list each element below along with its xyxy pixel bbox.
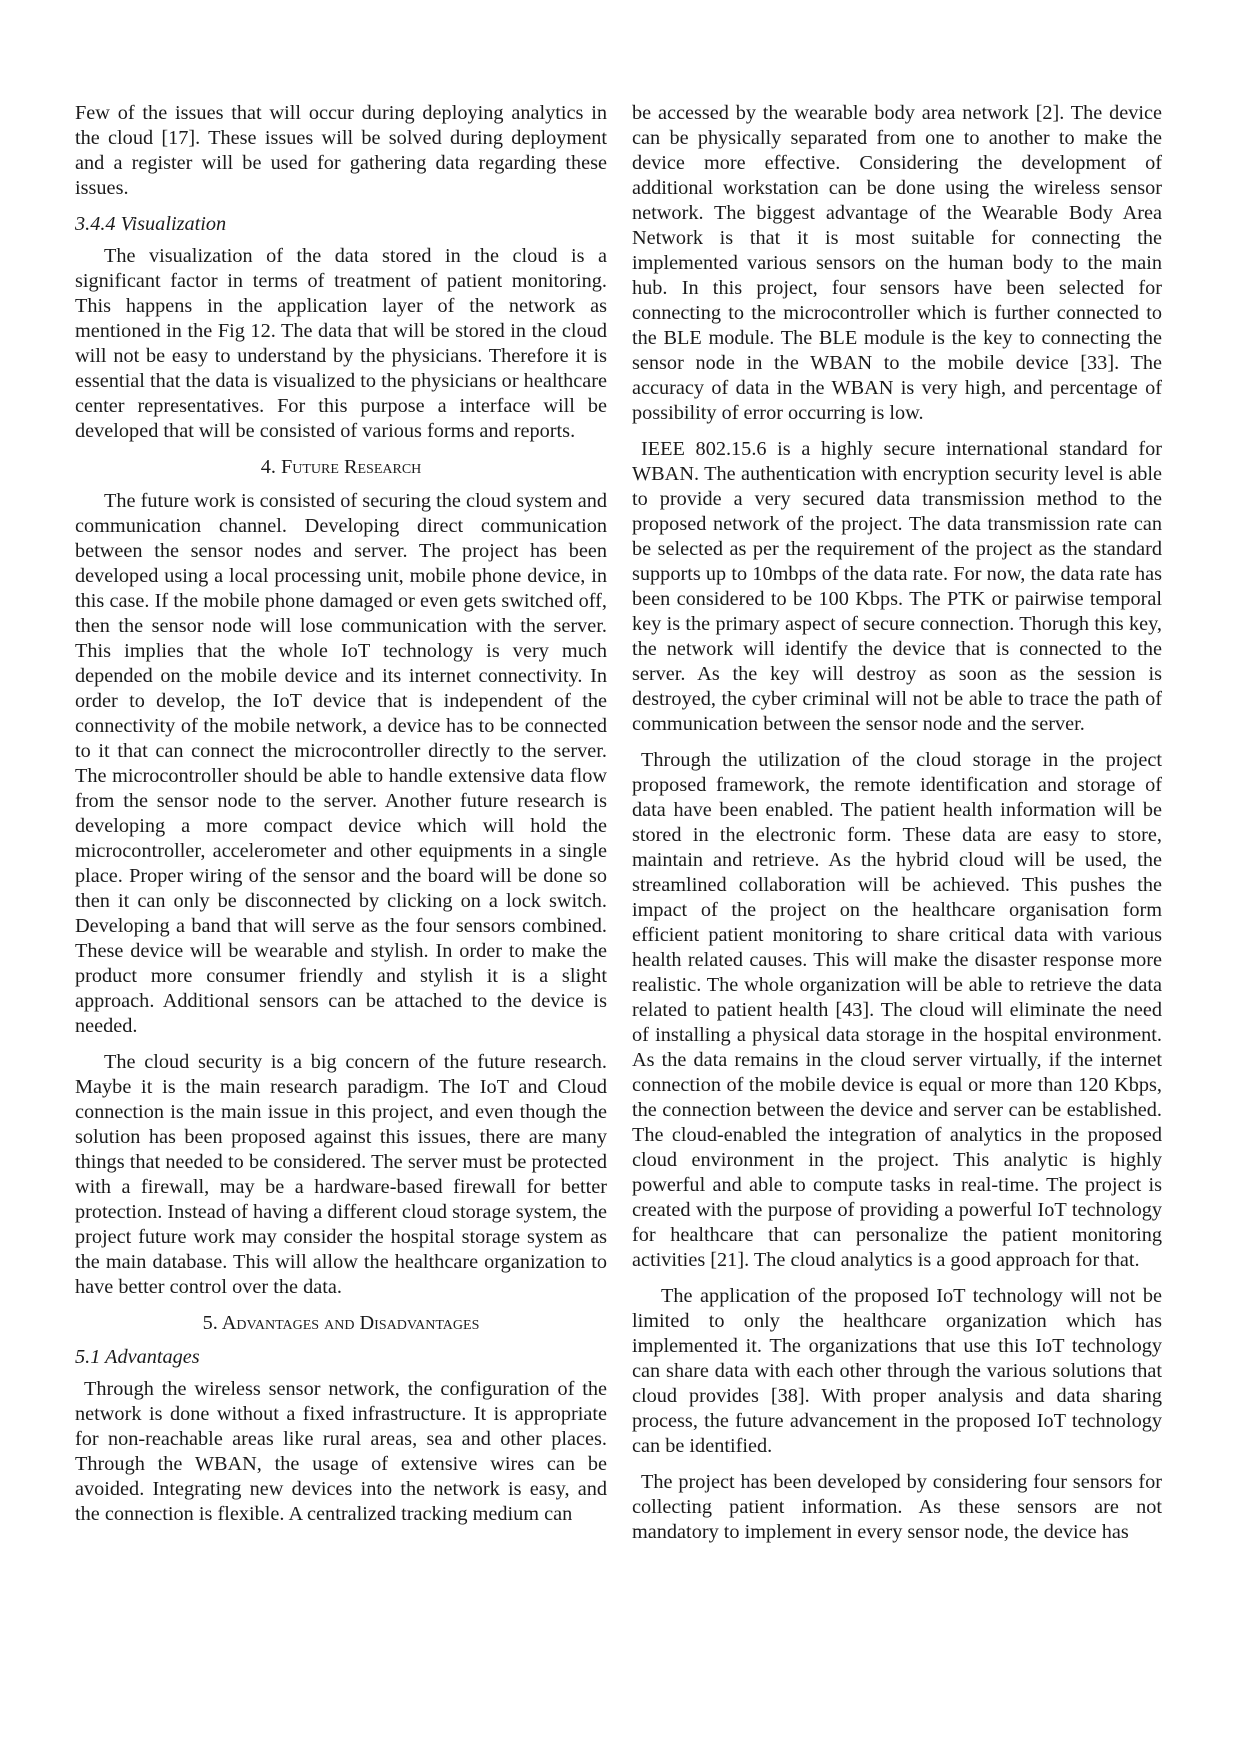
paragraph: Through the wireless sensor network, the… bbox=[75, 1377, 607, 1527]
paragraph: IEEE 802.15.6 is a highly secure interna… bbox=[632, 437, 1162, 737]
paper-page: Few of the issues that will occur during… bbox=[0, 0, 1241, 1754]
paragraph: Through the utilization of the cloud sto… bbox=[632, 748, 1162, 1273]
subsection-heading: 5.1 Advantages bbox=[75, 1345, 607, 1370]
paragraph: The cloud security is a big concern of t… bbox=[75, 1050, 607, 1300]
section-heading: 5. Advantages and Disadvantages bbox=[75, 1311, 607, 1336]
right-column: be accessed by the wearable body area ne… bbox=[632, 101, 1162, 1556]
paragraph: The future work is consisted of securing… bbox=[75, 489, 607, 1039]
left-column: Few of the issues that will occur during… bbox=[75, 101, 607, 1556]
subsection-heading: 3.4.4 Visualization bbox=[75, 212, 607, 237]
paragraph: The application of the proposed IoT tech… bbox=[632, 1284, 1162, 1459]
two-column-text-body: Few of the issues that will occur during… bbox=[0, 0, 1241, 1556]
paragraph: Few of the issues that will occur during… bbox=[75, 101, 607, 201]
paragraph: The project has been developed by consid… bbox=[632, 1470, 1162, 1545]
paragraph: The visualization of the data stored in … bbox=[75, 244, 607, 444]
paragraph: be accessed by the wearable body area ne… bbox=[632, 101, 1162, 426]
section-heading: 4. Future Research bbox=[75, 455, 607, 480]
